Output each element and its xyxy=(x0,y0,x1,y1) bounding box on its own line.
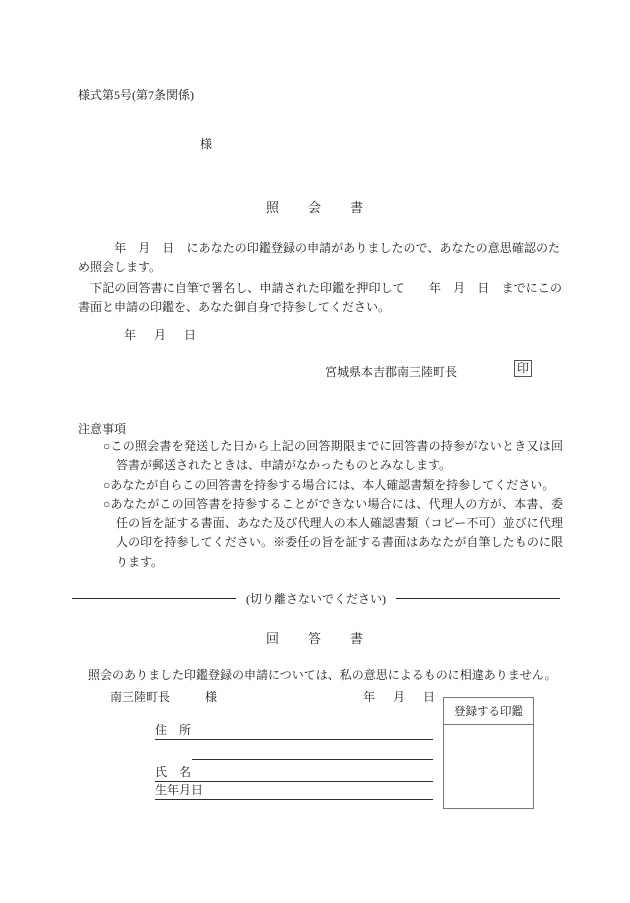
cut-separator-label: (切り離さないでください) xyxy=(244,590,388,607)
reply-date-field[interactable]: 年 月 日 xyxy=(363,688,438,705)
birthdate-field-line[interactable]: 生年月日 xyxy=(155,782,433,800)
cut-separator-line-right xyxy=(396,598,560,599)
note-item: ○あなたが自らこの回答書を持参する場合には、本人確認書類を持参してください。 xyxy=(103,476,563,495)
reply-statement: 照会のありました印鑑登録の申請については、私の意思によるものに相違ありません。 xyxy=(88,666,556,683)
notes-list: ○この照会書を発送した日から上記の回答期限までに回答書の持参がないとき又は回答書… xyxy=(103,437,563,572)
inquiry-date-field[interactable]: 年 月 日 xyxy=(124,326,199,343)
name-field-label: 氏 名 xyxy=(155,764,191,781)
address-field-label: 住 所 xyxy=(155,722,191,739)
address-field-line-2[interactable] xyxy=(192,742,433,760)
reply-mayor-label: 南三陸町長 xyxy=(110,688,170,705)
birthdate-field-label: 生年月日 xyxy=(155,782,203,799)
reply-title: 回 答 書 xyxy=(0,628,630,647)
address-field-line-1[interactable]: 住 所 xyxy=(155,722,433,740)
registered-seal-box: 登録する印鑑 xyxy=(443,697,534,809)
cut-separator-line-left xyxy=(72,598,236,599)
inquiry-title: 照 会 書 xyxy=(0,197,630,216)
inquiry-paragraph-1: 年 月 日 にあなたの印鑑登録の申請がありましたので、あなたの意思確認のため照会… xyxy=(78,239,560,278)
registered-seal-box-label: 登録する印鑑 xyxy=(444,698,533,725)
note-item: ○あなたがこの回答書を持参することができない場合には、代理人の方が、本書、委任の… xyxy=(103,495,563,572)
notes-heading: 注意事項 xyxy=(78,420,126,437)
form-number: 様式第5号(第7条関係) xyxy=(78,86,194,103)
name-field-line[interactable]: 氏 名 xyxy=(155,764,433,782)
registered-seal-area[interactable] xyxy=(444,725,533,808)
note-item: ○この照会書を発送した日から上記の回答期限までに回答書の持参がないとき又は回答書… xyxy=(103,437,563,476)
sender-title: 宮城県本吉郡南三陸町長 xyxy=(325,363,457,380)
document-page: 様式第5号(第7条関係) 様 照 会 書 年 月 日 にあなたの印鑑登録の申請が… xyxy=(0,0,630,903)
cut-separator: (切り離さないでください) xyxy=(72,590,560,607)
inquiry-paragraph-2: 下記の回答書に自筆で署名し、申請された印鑑を押印して 年 月 日 までにこの書面… xyxy=(78,279,562,318)
addressee-honorific: 様 xyxy=(200,135,212,152)
reply-honorific: 様 xyxy=(205,688,217,705)
mayor-seal-mark[interactable]: 印 xyxy=(514,360,532,377)
